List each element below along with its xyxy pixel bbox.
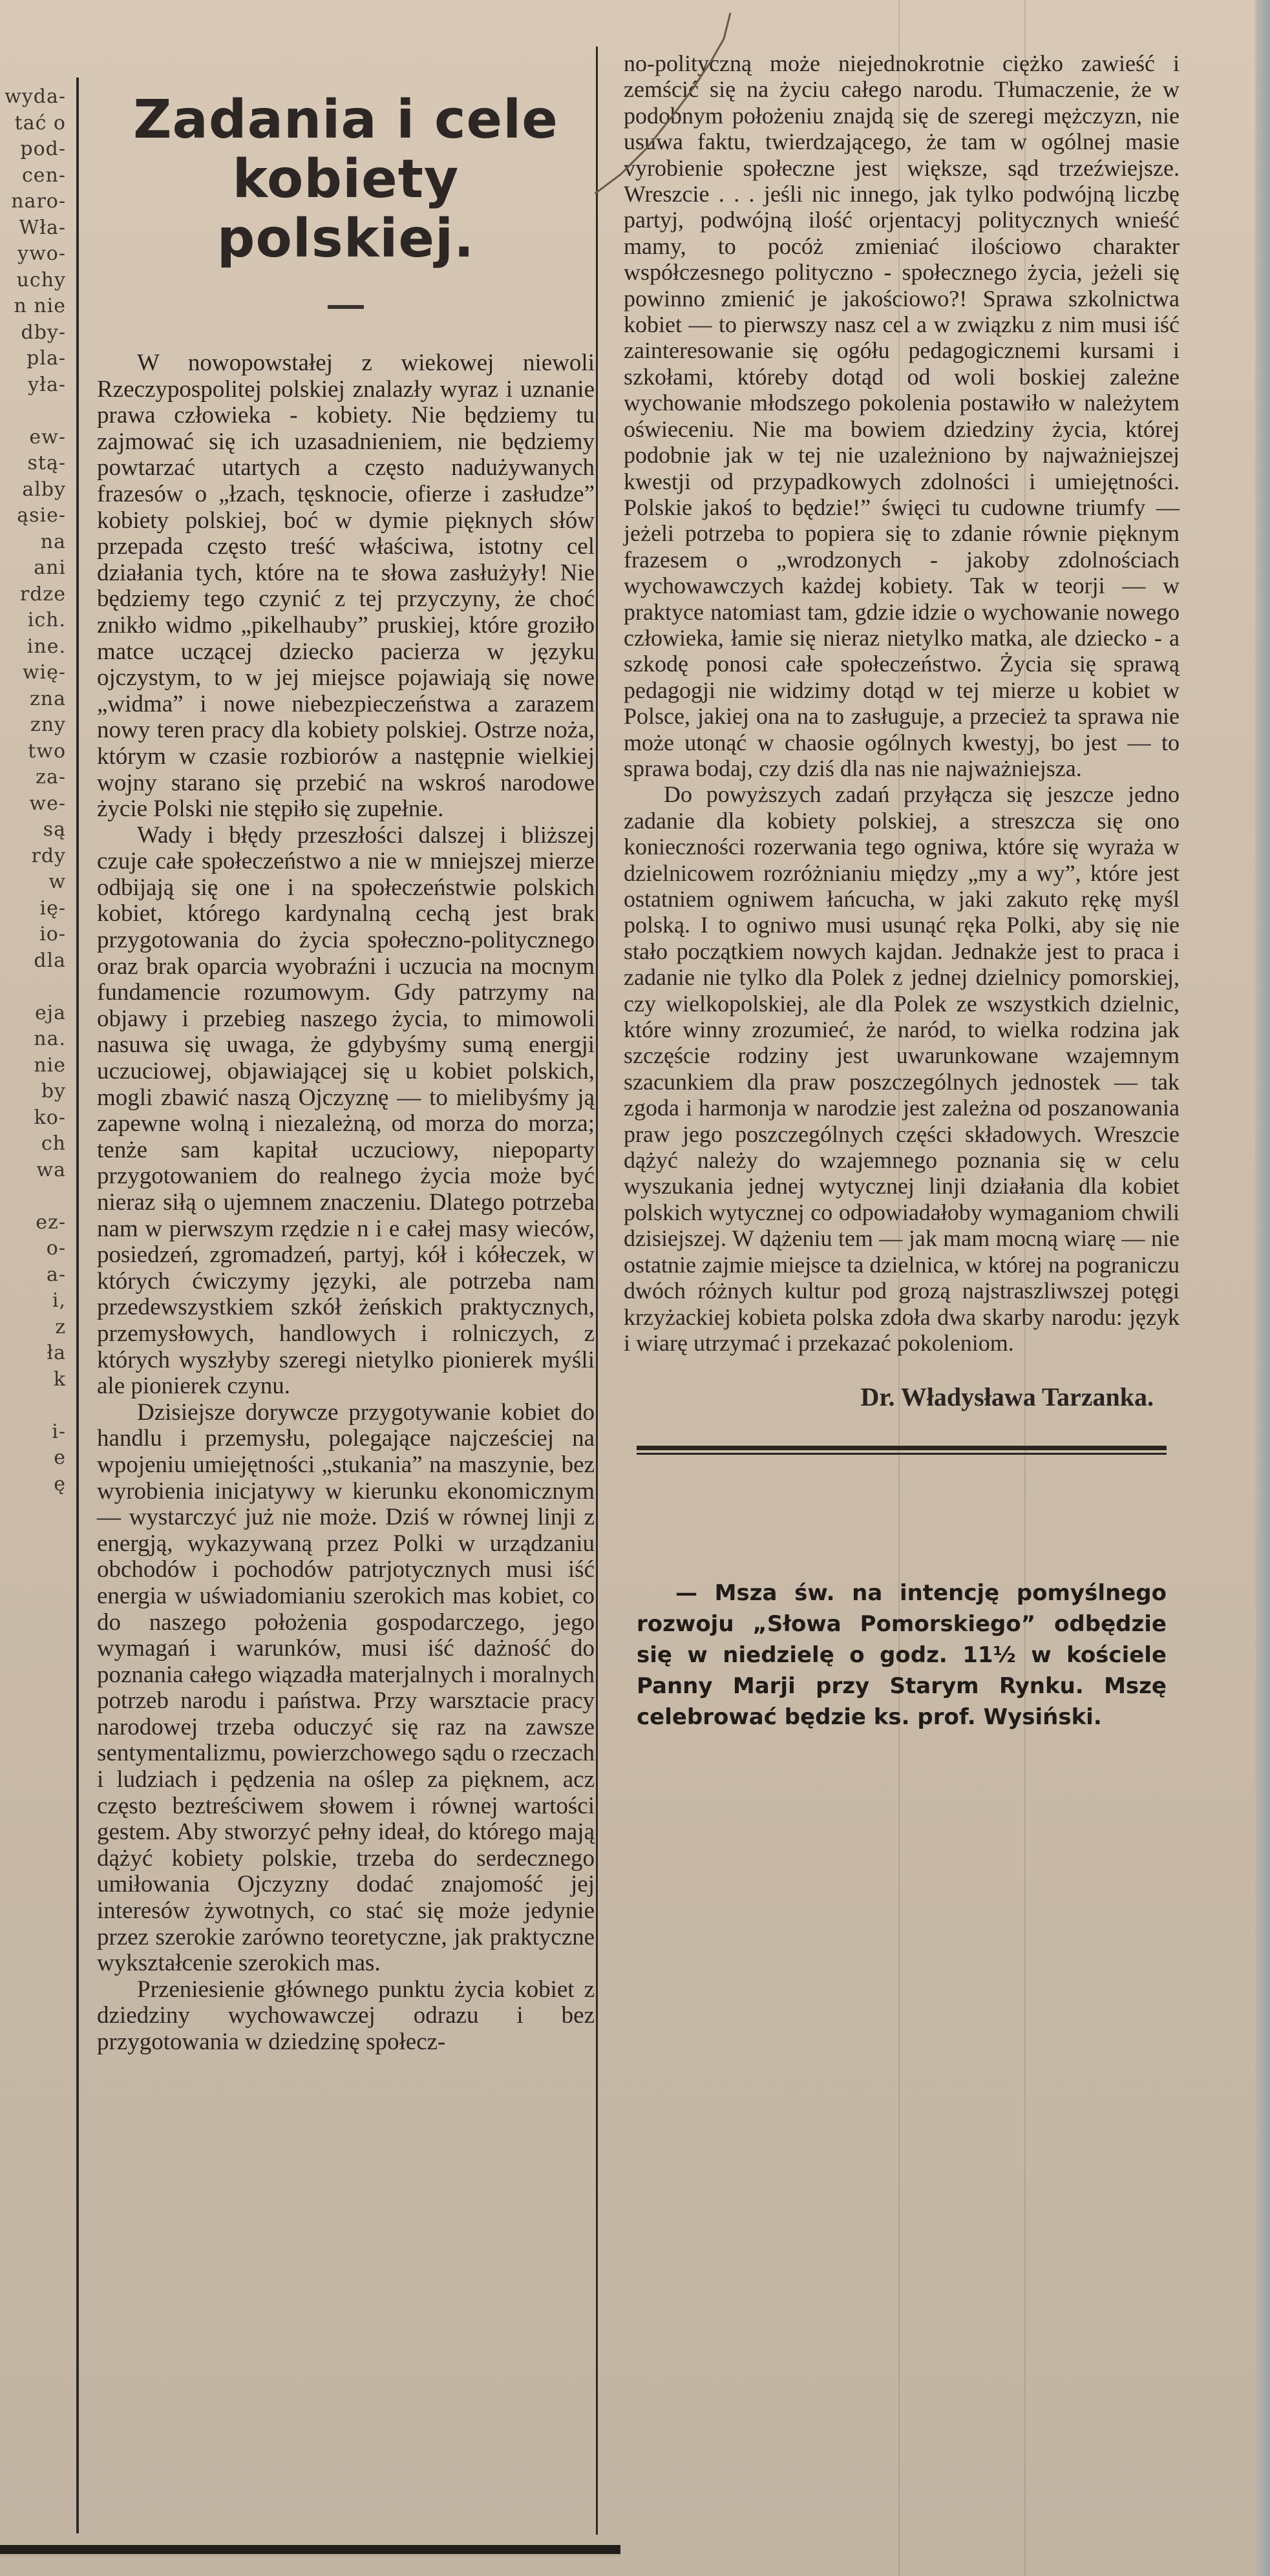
left-column-text-fragment: zny [0,712,71,739]
left-column-text-fragment: z [0,1314,71,1341]
left-column-text-fragment: two [0,739,71,765]
left-column-text-fragment: eja [0,1000,71,1027]
left-column-text-fragment: i- [0,1419,71,1446]
left-column-text-fragment: rdy [0,843,71,870]
left-column-text-fragment: io- [0,922,71,948]
left-column-text-fragment: ła [0,1340,71,1367]
left-column-text-fragment: ywo- [0,241,71,268]
left-column-text-fragment: ani [0,555,71,582]
left-column-text-fragment [0,1393,71,1419]
author-signature: Dr. Władysława Tarzanka. [624,1382,1180,1412]
article-right-column: no-polityczną może niejednokrotnie ciężk… [624,50,1180,1733]
left-column-text-fragment: o- [0,1236,71,1262]
left-column-text-fragment: ę [0,1472,71,1498]
left-column-text-fragment: ię- [0,896,71,922]
left-column-text-fragment: na [0,529,71,556]
left-column-text-fragment: stą- [0,450,71,477]
left-column-text-fragment: k [0,1367,71,1393]
left-column-text-fragment: n nie [0,293,71,320]
left-column-text-fragment: ch [0,1131,71,1157]
left-column-text-fragment: tać o [0,111,71,137]
torn-paper-edge [595,0,866,194]
paragraph: Do powyższych zadań przyłącza się jeszcz… [624,781,1180,1356]
left-column-text-fragment: wa [0,1157,71,1184]
bottom-border-rule [0,2545,620,2557]
left-column-text-fragment: Wła- [0,215,71,242]
article-headline: Zadania i cele kobiety polskiej. [97,90,595,269]
left-column-text-fragment: zna [0,686,71,713]
left-column-text-fragment: cen- [0,163,71,189]
left-column-text-fragment: we- [0,791,71,818]
left-column-text-fragment: ez- [0,1210,71,1236]
left-column-text-fragment: ko- [0,1105,71,1132]
left-column-text-fragment: pod- [0,136,71,163]
headline-line-1: Zadania i cele [97,90,595,150]
left-column-text-fragment: rdze [0,582,71,608]
left-column-text-fragment: yła- [0,372,71,399]
left-column-text-fragment: pla- [0,346,71,372]
left-column-text-fragment: dla [0,948,71,975]
left-column-text-fragment: i, [0,1288,71,1314]
paragraph: Dzisiejsze dorywcze przygotywanie kobiet… [97,1400,595,1977]
article-body-continued: no-polityczną może niejednokrotnie ciężk… [624,50,1180,1356]
headline-line-2: kobiety polskiej. [97,150,595,269]
left-column-text-fragment: wyda- [0,84,71,111]
column-rule-center [596,47,598,2535]
left-column-text-fragment: nie [0,1053,71,1079]
left-column-text-fragment: naro- [0,189,71,215]
paragraph: Przeniesienie głównego punktu życia kobi… [97,1977,595,2056]
article-body-main: W nowopowstałej z wiekowej niewoli Rzecz… [97,350,595,2056]
left-column-fragment: wyda-tać opod-cen-naro-Wła-ywo-uchyn nie… [0,84,71,2553]
left-column-text-fragment: e [0,1445,71,1472]
left-column-text-fragment: alby [0,477,71,503]
left-column-text-fragment: w [0,869,71,896]
left-column-text-fragment: za- [0,765,71,791]
left-column-text-fragment: na. [0,1026,71,1053]
left-column-text-fragment: ew- [0,425,71,451]
left-column-text-fragment [0,974,71,1000]
left-column-text-fragment: dby- [0,320,71,346]
notice-text: — Msza św. na intencję pomyślnego rozwoj… [637,1578,1167,1733]
headline-divider [328,305,364,309]
left-column-text-fragment [0,1183,71,1210]
mass-notice: — Msza św. na intencję pomyślnego rozwoj… [624,1578,1180,1733]
paragraph: W nowopowstałej z wiekowej niewoli Rzecz… [97,350,595,823]
left-column-text-fragment: ine. [0,634,71,660]
left-column-text-fragment: a- [0,1262,71,1289]
paragraph: Wady i błędy przeszłości dalszej i bliżs… [97,823,595,1400]
column-rule-left [76,78,79,2533]
left-column-text-fragment: by [0,1079,71,1105]
section-divider-double-rule [637,1446,1167,1455]
left-column-text-fragment: uchy [0,268,71,294]
left-column-text-fragment [0,398,71,425]
left-column-text-fragment: wię- [0,660,71,686]
left-column-text-fragment: ąsie- [0,503,71,529]
left-column-text-fragment: są [0,817,71,843]
left-column-text-fragment: ich. [0,607,71,634]
article-main-column: Zadania i cele kobiety polskiej. W nowop… [97,45,595,2056]
